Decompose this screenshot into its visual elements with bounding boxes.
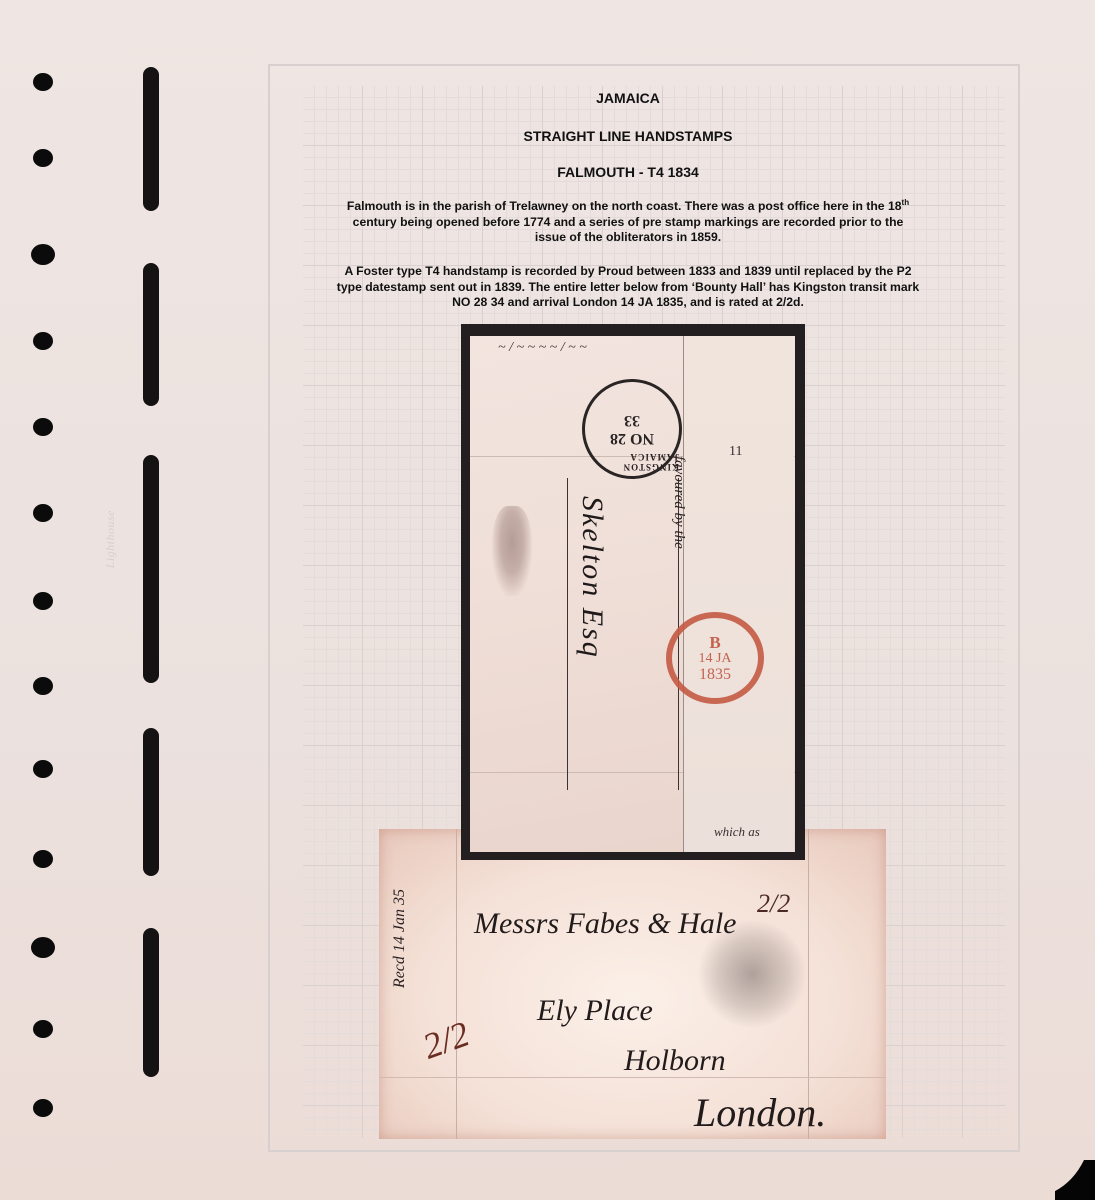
address-city: London. bbox=[694, 1089, 826, 1136]
corner-manuscript-mark: 2/2 bbox=[757, 889, 790, 919]
binder-slot bbox=[143, 263, 159, 406]
manuscript-fragment: which as bbox=[714, 824, 760, 840]
binder-hole bbox=[31, 244, 55, 265]
datestamp-date: 14 JA bbox=[698, 651, 731, 666]
datestamp-date: NO 28 bbox=[610, 429, 654, 447]
paragraph-line: century being opened before 1774 and a s… bbox=[318, 215, 938, 231]
address-manuscript: Skelton Esq bbox=[575, 496, 609, 659]
binder-hole bbox=[33, 760, 53, 778]
binder-hole bbox=[33, 504, 53, 522]
binder-hole bbox=[33, 73, 53, 91]
binder-hole bbox=[33, 592, 53, 610]
addressee: Messrs Fabes & Hale bbox=[474, 907, 736, 941]
page-subheading: STRAIGHT LINE HANDSTAMPS bbox=[318, 128, 938, 144]
binder-hole bbox=[33, 1020, 53, 1038]
binder-slot bbox=[143, 928, 159, 1077]
letter-flap: 11 which as bbox=[683, 336, 794, 852]
docket-note: Recd 14 Jan 35 bbox=[391, 889, 409, 988]
binder-hole bbox=[33, 677, 53, 695]
binder-hole bbox=[31, 937, 55, 958]
datestamp-year: 33 bbox=[624, 411, 640, 429]
paragraph-line: NO 28 34 and arrival London 14 JA 1835, … bbox=[318, 295, 938, 311]
datestamp-letter: B bbox=[709, 634, 720, 651]
binder-slot bbox=[143, 67, 159, 211]
datestamp-year: 1835 bbox=[699, 666, 731, 683]
binder-slot bbox=[143, 728, 159, 876]
paragraph-line: Falmouth is in the parish of Trelawney o… bbox=[318, 199, 938, 215]
address-area: Holborn bbox=[624, 1044, 726, 1078]
binder-slot bbox=[143, 455, 159, 683]
binder-watermark: Lighthouse bbox=[103, 510, 118, 568]
ink-smudge bbox=[492, 506, 532, 596]
fold-line bbox=[456, 829, 457, 1139]
description-paragraph-1: Falmouth is in the parish of Trelawney o… bbox=[318, 199, 938, 246]
binder-hole bbox=[33, 332, 53, 350]
binder-hole bbox=[33, 850, 53, 868]
postage-rate-manuscript: 2/2 bbox=[417, 1012, 475, 1067]
manuscript-mark: 11 bbox=[729, 444, 742, 460]
binder-hole bbox=[33, 418, 53, 436]
address-street: Ely Place bbox=[537, 994, 653, 1028]
kingston-transit-datestamp: KINGSTON JAMAICA NO 28 33 bbox=[582, 379, 682, 479]
london-arrival-datestamp: B 14 JA 1835 bbox=[666, 612, 764, 704]
page-corner bbox=[1055, 1160, 1095, 1200]
cover-back-image: ~ / ~ ~ ~ ~ / ~ ~ Skelton Esq 11 which a… bbox=[470, 336, 795, 852]
datestamp-ring-text: KINGSTON JAMAICA bbox=[585, 452, 679, 472]
cover-front-image: Recd 14 Jan 35 2/2 2/2 Messrs Fabes & Ha… bbox=[379, 829, 886, 1139]
paragraph-line: A Foster type T4 handstamp is recorded b… bbox=[318, 264, 938, 280]
binder-hole bbox=[33, 1099, 53, 1117]
manuscript-scrawl: ~ / ~ ~ ~ ~ / ~ ~ bbox=[498, 340, 587, 356]
paragraph-line: type datestamp sent out in 1839. The ent… bbox=[318, 280, 938, 296]
paragraph-line: issue of the obliterators in 1859. bbox=[318, 230, 938, 246]
page-heading: JAMAICA bbox=[318, 90, 938, 106]
binder-hole bbox=[33, 149, 53, 167]
section-title: FALMOUTH - T4 1834 bbox=[318, 164, 938, 180]
description-paragraph-2: A Foster type T4 handstamp is recorded b… bbox=[318, 264, 938, 311]
